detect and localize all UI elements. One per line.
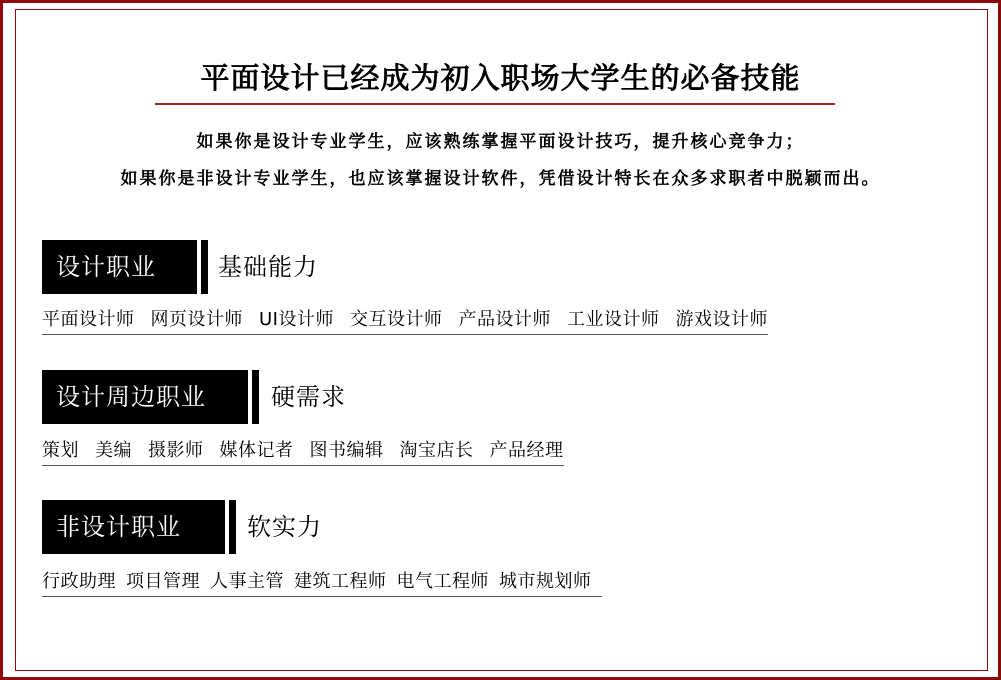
section-peripheral-careers-items: 策划美编摄影师媒体记者图书编辑淘宝店长产品经理 (42, 439, 564, 466)
section-label: 基础能力 (218, 240, 318, 294)
section-label: 软实力 (247, 500, 322, 554)
list-item[interactable]: 项目管理 (126, 570, 200, 594)
section-non-design-careers-items: 行政助理项目管理人事主管建筑工程师电气工程师城市规划师 (42, 570, 602, 597)
tag-divider-bar (229, 500, 236, 554)
title-underline (155, 103, 835, 105)
list-item[interactable]: 行政助理 (42, 570, 116, 594)
section-tag: 设计职业 (42, 240, 197, 294)
list-item[interactable]: UI设计师 (259, 308, 334, 332)
list-item[interactable]: 建筑工程师 (294, 570, 387, 594)
list-item[interactable]: 美编 (95, 439, 132, 463)
list-item[interactable]: 平面设计师 (42, 308, 135, 332)
list-item[interactable]: 媒体记者 (220, 439, 294, 463)
list-item[interactable]: 摄影师 (148, 439, 204, 463)
list-item[interactable]: 城市规划师 (499, 570, 592, 594)
list-item[interactable]: 产品设计师 (458, 308, 551, 332)
subtitle-line-2: 如果你是非设计专业学生，也应该掌握设计软件，凭借设计特长在众多求职者中脱颖而出。 (0, 167, 1001, 191)
list-item[interactable]: 工业设计师 (567, 308, 660, 332)
list-item[interactable]: 策划 (42, 439, 79, 463)
list-item[interactable]: 产品经理 (490, 439, 564, 463)
subtitle-line-1: 如果你是设计专业学生，应该熟练掌握平面设计技巧，提升核心竞争力； (0, 130, 1001, 154)
page-title: 平面设计已经成为初入职场大学生的必备技能 (0, 58, 1001, 98)
list-item[interactable]: 图书编辑 (310, 439, 384, 463)
list-item[interactable]: 游戏设计师 (675, 308, 768, 332)
list-item[interactable]: 人事主管 (210, 570, 284, 594)
section-design-careers-items: 平面设计师网页设计师UI设计师交互设计师产品设计师工业设计师游戏设计师 (42, 308, 768, 335)
section-tag: 非设计职业 (42, 500, 225, 554)
list-item[interactable]: 交互设计师 (350, 308, 443, 332)
list-item[interactable]: 淘宝店长 (400, 439, 474, 463)
section-label: 硬需求 (271, 370, 346, 424)
list-item[interactable]: 网页设计师 (151, 308, 244, 332)
tag-divider-bar (201, 240, 208, 294)
section-tag: 设计周边职业 (42, 370, 248, 424)
list-item[interactable]: 电气工程师 (397, 570, 490, 594)
tag-divider-bar (252, 370, 259, 424)
